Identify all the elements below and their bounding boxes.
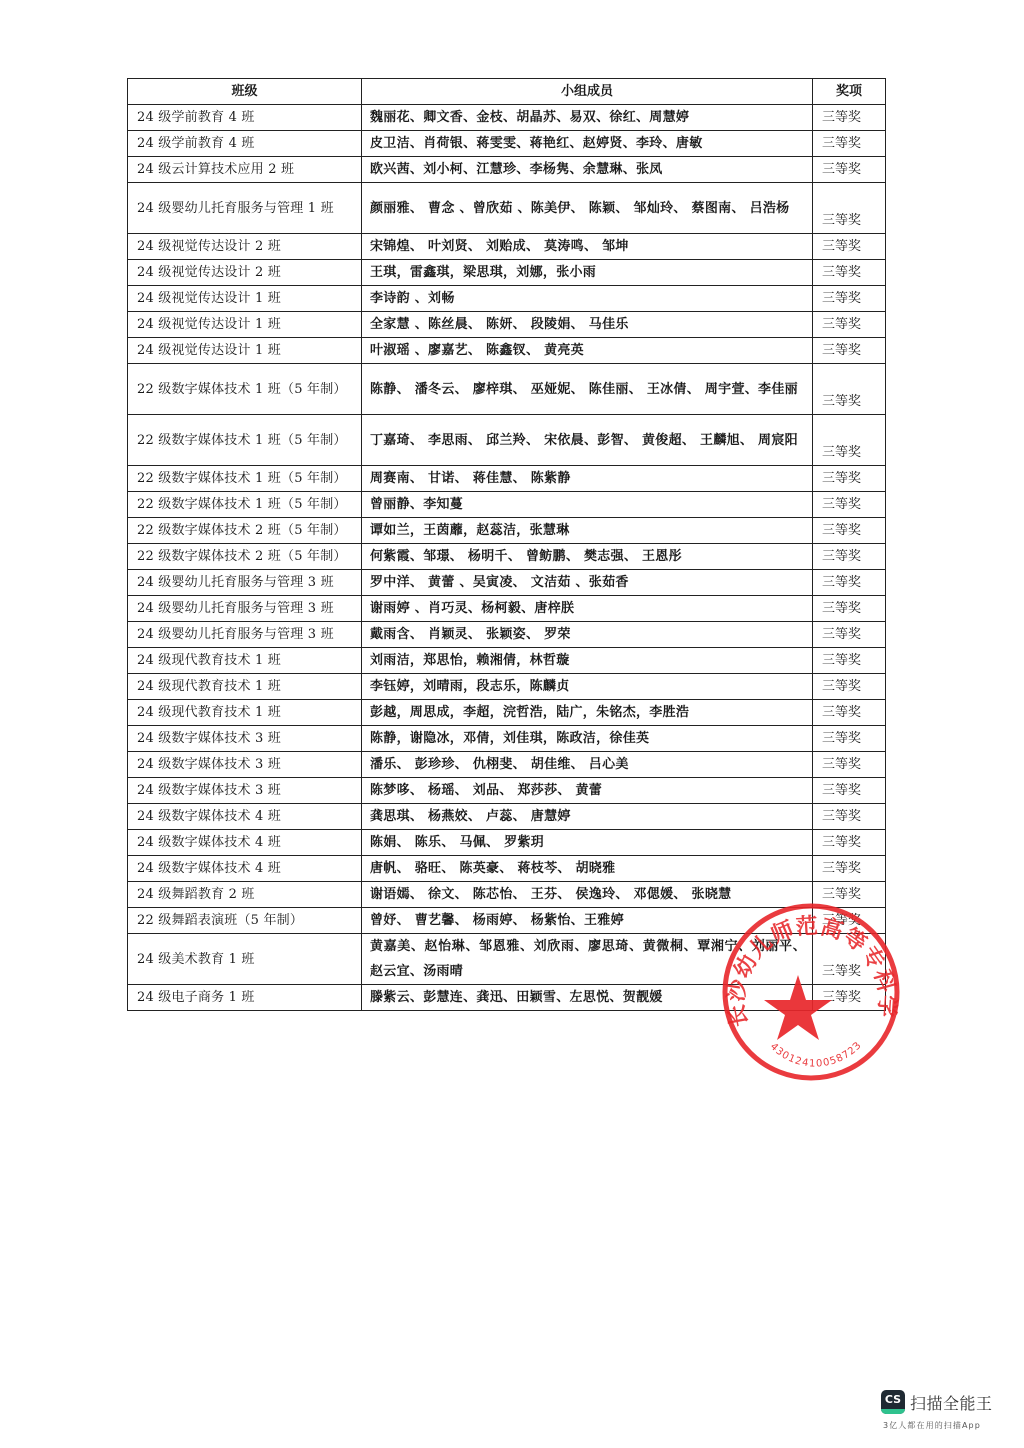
table-row: 22 级数字媒体技术 1 班（5 年制）曾丽静、李知蔓三等奖 xyxy=(128,492,886,518)
table-row: 24 级学前教育 4 班皮卫洁、肖荷银、蒋雯雯、蒋艳红、赵婷贤、李玲、唐敏三等奖 xyxy=(128,131,886,157)
class-cell: 24 级学前教育 4 班 xyxy=(128,131,362,157)
award-cell: 三等奖 xyxy=(813,338,886,364)
members-cell: 刘雨洁，郑思怡，赖湘倩，林哲璇 xyxy=(362,648,813,674)
table-row: 24 级婴幼儿托育服务与管理 1 班颜丽雅、 曹念 、曾欣茹 、陈美伊、 陈颖、… xyxy=(128,183,886,234)
members-cell: 罗中洋、 黄蕾 、吴寅凌、 文洁茹 、张茹香 xyxy=(362,570,813,596)
seal-code: 4301241005872З xyxy=(768,1040,864,1070)
award-cell: 三等奖 xyxy=(813,260,886,286)
award-cell: 三等奖 xyxy=(813,985,886,1011)
class-cell: 24 级视觉传达设计 2 班 xyxy=(128,260,362,286)
members-cell: 王琪，雷鑫琪，梁思琪，刘娜，张小雨 xyxy=(362,260,813,286)
table-row: 24 级视觉传达设计 1 班李诗韵 、刘畅三等奖 xyxy=(128,286,886,312)
members-cell: 黄嘉美、赵怡琳、邹恩雅、刘欣雨、廖思琦、黄微桐、覃湘宁、刘丽平、赵云宜、汤雨晴 xyxy=(362,934,813,985)
members-cell: 周赛南、 甘诺、 蒋佳慧、 陈紫静 xyxy=(362,466,813,492)
table-row: 22 级数字媒体技术 1 班（5 年制）周赛南、 甘诺、 蒋佳慧、 陈紫静三等奖 xyxy=(128,466,886,492)
award-cell: 三等奖 xyxy=(813,570,886,596)
award-cell: 三等奖 xyxy=(813,726,886,752)
award-cell: 三等奖 xyxy=(813,131,886,157)
table-row: 24 级电子商务 1 班滕紫云、彭慧连、龚迅、田颖雪、左思悦、贺靓媛三等奖 xyxy=(128,985,886,1011)
award-cell: 三等奖 xyxy=(813,856,886,882)
members-cell: 宋锦煌、 叶刘贤、 刘贻成、 莫涛鸣、 邹坤 xyxy=(362,234,813,260)
cs-logo-icon: CS xyxy=(881,1390,905,1414)
table-row: 24 级学前教育 4 班魏丽花、卿文香、金枝、胡晶苏、易双、徐红、周慧婷三等奖 xyxy=(128,105,886,131)
watermark-app-name: 扫描全能王 xyxy=(910,1391,993,1414)
class-cell: 24 级视觉传达设计 1 班 xyxy=(128,312,362,338)
award-cell: 三等奖 xyxy=(813,700,886,726)
table-row: 24 级婴幼儿托育服务与管理 3 班谢雨婷 、肖巧灵、杨柯毅、唐梓朕三等奖 xyxy=(128,596,886,622)
class-cell: 24 级视觉传达设计 2 班 xyxy=(128,234,362,260)
class-cell: 24 级学前教育 4 班 xyxy=(128,105,362,131)
class-cell: 22 级数字媒体技术 1 班（5 年制） xyxy=(128,466,362,492)
table-row: 24 级视觉传达设计 1 班全家慧 、陈丝晨、 陈妍、 段陵娟、 马佳乐三等奖 xyxy=(128,312,886,338)
award-cell: 三等奖 xyxy=(813,312,886,338)
class-cell: 24 级婴幼儿托育服务与管理 3 班 xyxy=(128,570,362,596)
members-cell: 颜丽雅、 曹念 、曾欣茹 、陈美伊、 陈颖、 邹灿玲、 蔡图南、 吕浩杨 xyxy=(362,183,813,234)
table-row: 24 级云计算技术应用 2 班欧兴茜、刘小柯、江慧珍、李杨隽、余慧琳、张凤三等奖 xyxy=(128,157,886,183)
award-table: 班级 小组成员 奖项 24 级学前教育 4 班魏丽花、卿文香、金枝、胡晶苏、易双… xyxy=(127,78,886,1011)
class-cell: 22 级数字媒体技术 2 班（5 年制） xyxy=(128,544,362,570)
table-row: 24 级数字媒体技术 3 班陈梦哆、 杨瑶、 刘品、 郑莎莎、 黄蕾三等奖 xyxy=(128,778,886,804)
award-cell: 三等奖 xyxy=(813,908,886,934)
members-cell: 曾妤、 曹艺馨、 杨雨婷、 杨紫怡、王雅婷 xyxy=(362,908,813,934)
award-cell: 三等奖 xyxy=(813,466,886,492)
table-row: 24 级现代教育技术 1 班刘雨洁，郑思怡，赖湘倩，林哲璇三等奖 xyxy=(128,648,886,674)
members-cell: 曾丽静、李知蔓 xyxy=(362,492,813,518)
members-cell: 戴雨含、 肖颖灵、 张颖姿、 罗荣 xyxy=(362,622,813,648)
members-cell: 皮卫洁、肖荷银、蒋雯雯、蒋艳红、赵婷贤、李玲、唐敏 xyxy=(362,131,813,157)
class-cell: 22 级数字媒体技术 1 班（5 年制） xyxy=(128,415,362,466)
award-cell: 三等奖 xyxy=(813,648,886,674)
class-cell: 24 级数字媒体技术 3 班 xyxy=(128,752,362,778)
class-cell: 24 级美术教育 1 班 xyxy=(128,934,362,985)
award-cell: 三等奖 xyxy=(813,674,886,700)
award-cell: 三等奖 xyxy=(813,415,886,466)
class-cell: 24 级婴幼儿托育服务与管理 3 班 xyxy=(128,596,362,622)
members-cell: 魏丽花、卿文香、金枝、胡晶苏、易双、徐红、周慧婷 xyxy=(362,105,813,131)
award-cell: 三等奖 xyxy=(813,804,886,830)
members-cell: 谢雨婷 、肖巧灵、杨柯毅、唐梓朕 xyxy=(362,596,813,622)
award-cell: 三等奖 xyxy=(813,234,886,260)
class-cell: 24 级数字媒体技术 4 班 xyxy=(128,804,362,830)
award-cell: 三等奖 xyxy=(813,596,886,622)
table-row: 24 级美术教育 1 班黄嘉美、赵怡琳、邹恩雅、刘欣雨、廖思琦、黄微桐、覃湘宁、… xyxy=(128,934,886,985)
scanner-watermark: CS 扫描全能王 3亿人都在用的扫描App xyxy=(881,1390,1011,1436)
table-row: 22 级数字媒体技术 1 班（5 年制）丁嘉琦、 李思雨、 邱兰羚、 宋依晨、彭… xyxy=(128,415,886,466)
table-row: 24 级现代教育技术 1 班李钰婷，刘晴雨，段志乐，陈麟贞三等奖 xyxy=(128,674,886,700)
class-cell: 22 级数字媒体技术 2 班（5 年制） xyxy=(128,518,362,544)
members-cell: 彭越，周思成，李超，浣哲浩，陆广，朱铭杰，李胜浩 xyxy=(362,700,813,726)
members-cell: 潘乐、 彭珍珍、 仇栩斐、 胡佳维、 吕心美 xyxy=(362,752,813,778)
members-cell: 陈静，谢隐冰，邓倩，刘佳琪，陈政洁，徐佳英 xyxy=(362,726,813,752)
award-cell: 三等奖 xyxy=(813,157,886,183)
table-row: 22 级数字媒体技术 1 班（5 年制）陈静、 潘冬云、 廖梓琪、 巫娅妮、 陈… xyxy=(128,364,886,415)
header-award: 奖项 xyxy=(813,79,886,105)
award-cell: 三等奖 xyxy=(813,364,886,415)
table-row: 24 级数字媒体技术 4 班陈娟、 陈乐、 马佩、 罗紫玥三等奖 xyxy=(128,830,886,856)
table-row: 24 级视觉传达设计 1 班叶淑瑶 、廖嘉艺、 陈鑫钗、 黄亮英三等奖 xyxy=(128,338,886,364)
table-row: 24 级数字媒体技术 3 班陈静，谢隐冰，邓倩，刘佳琪，陈政洁，徐佳英三等奖 xyxy=(128,726,886,752)
members-cell: 唐帆、 骆旺、 陈英豪、 蒋枝芩、 胡晓雅 xyxy=(362,856,813,882)
table-row: 22 级数字媒体技术 2 班（5 年制）何紫霞、邹璟、 杨明千、 曾鲂鹏、 樊志… xyxy=(128,544,886,570)
table-row: 22 级舞蹈表演班（5 年制）曾妤、 曹艺馨、 杨雨婷、 杨紫怡、王雅婷三等奖 xyxy=(128,908,886,934)
table-row: 24 级婴幼儿托育服务与管理 3 班戴雨含、 肖颖灵、 张颖姿、 罗荣三等奖 xyxy=(128,622,886,648)
class-cell: 24 级婴幼儿托育服务与管理 3 班 xyxy=(128,622,362,648)
award-cell: 三等奖 xyxy=(813,183,886,234)
award-cell: 三等奖 xyxy=(813,622,886,648)
class-cell: 22 级舞蹈表演班（5 年制） xyxy=(128,908,362,934)
table-row: 24 级现代教育技术 1 班彭越，周思成，李超，浣哲浩，陆广，朱铭杰，李胜浩三等… xyxy=(128,700,886,726)
award-cell: 三等奖 xyxy=(813,778,886,804)
members-cell: 陈静、 潘冬云、 廖梓琪、 巫娅妮、 陈佳丽、 王冰倩、 周宇萱、李佳丽 xyxy=(362,364,813,415)
class-cell: 22 级数字媒体技术 1 班（5 年制） xyxy=(128,364,362,415)
class-cell: 24 级婴幼儿托育服务与管理 1 班 xyxy=(128,183,362,234)
svg-text:4301241005872З: 4301241005872З xyxy=(768,1040,864,1070)
award-cell: 三等奖 xyxy=(813,105,886,131)
class-cell: 22 级数字媒体技术 1 班（5 年制） xyxy=(128,492,362,518)
class-cell: 24 级数字媒体技术 4 班 xyxy=(128,856,362,882)
header-members: 小组成员 xyxy=(362,79,813,105)
table-row: 24 级数字媒体技术 4 班龚思琪、 杨燕姣、 卢蕊、 唐慧婷三等奖 xyxy=(128,804,886,830)
award-cell: 三等奖 xyxy=(813,518,886,544)
class-cell: 24 级视觉传达设计 1 班 xyxy=(128,338,362,364)
class-cell: 24 级电子商务 1 班 xyxy=(128,985,362,1011)
award-cell: 三等奖 xyxy=(813,752,886,778)
award-cell: 三等奖 xyxy=(813,492,886,518)
members-cell: 欧兴茜、刘小柯、江慧珍、李杨隽、余慧琳、张凤 xyxy=(362,157,813,183)
members-cell: 李钰婷，刘晴雨，段志乐，陈麟贞 xyxy=(362,674,813,700)
award-cell: 三等奖 xyxy=(813,934,886,985)
class-cell: 24 级数字媒体技术 3 班 xyxy=(128,726,362,752)
table-row: 24 级舞蹈教育 2 班谢语嫣、 徐文、 陈芯怡、 王芬、 侯逸玲、 邓偲媛、 … xyxy=(128,882,886,908)
members-cell: 谭如兰，王茵蘼，赵蕊洁，张慧琳 xyxy=(362,518,813,544)
table-row: 24 级数字媒体技术 3 班潘乐、 彭珍珍、 仇栩斐、 胡佳维、 吕心美三等奖 xyxy=(128,752,886,778)
members-cell: 陈梦哆、 杨瑶、 刘品、 郑莎莎、 黄蕾 xyxy=(362,778,813,804)
table-row: 24 级婴幼儿托育服务与管理 3 班罗中洋、 黄蕾 、吴寅凌、 文洁茹 、张茹香… xyxy=(128,570,886,596)
class-cell: 24 级视觉传达设计 1 班 xyxy=(128,286,362,312)
members-cell: 陈娟、 陈乐、 马佩、 罗紫玥 xyxy=(362,830,813,856)
table-row: 24 级视觉传达设计 2 班王琪，雷鑫琪，梁思琪，刘娜，张小雨三等奖 xyxy=(128,260,886,286)
members-cell: 叶淑瑶 、廖嘉艺、 陈鑫钗、 黄亮英 xyxy=(362,338,813,364)
award-cell: 三等奖 xyxy=(813,882,886,908)
table-row: 24 级视觉传达设计 2 班宋锦煌、 叶刘贤、 刘贻成、 莫涛鸣、 邹坤三等奖 xyxy=(128,234,886,260)
class-cell: 24 级舞蹈教育 2 班 xyxy=(128,882,362,908)
class-cell: 24 级现代教育技术 1 班 xyxy=(128,648,362,674)
class-cell: 24 级现代教育技术 1 班 xyxy=(128,674,362,700)
class-cell: 24 级数字媒体技术 4 班 xyxy=(128,830,362,856)
table-row: 22 级数字媒体技术 2 班（5 年制）谭如兰，王茵蘼，赵蕊洁，张慧琳三等奖 xyxy=(128,518,886,544)
table-header-row: 班级 小组成员 奖项 xyxy=(128,79,886,105)
members-cell: 李诗韵 、刘畅 xyxy=(362,286,813,312)
members-cell: 全家慧 、陈丝晨、 陈妍、 段陵娟、 马佳乐 xyxy=(362,312,813,338)
watermark-tagline: 3亿人都在用的扫描App xyxy=(883,1420,981,1431)
members-cell: 谢语嫣、 徐文、 陈芯怡、 王芬、 侯逸玲、 邓偲媛、 张晓慧 xyxy=(362,882,813,908)
header-class: 班级 xyxy=(128,79,362,105)
members-cell: 龚思琪、 杨燕姣、 卢蕊、 唐慧婷 xyxy=(362,804,813,830)
class-cell: 24 级现代教育技术 1 班 xyxy=(128,700,362,726)
members-cell: 滕紫云、彭慧连、龚迅、田颖雪、左思悦、贺靓媛 xyxy=(362,985,813,1011)
members-cell: 丁嘉琦、 李思雨、 邱兰羚、 宋依晨、彭智、 黄俊超、 王麟旭、 周宸阳 xyxy=(362,415,813,466)
members-cell: 何紫霞、邹璟、 杨明千、 曾鲂鹏、 樊志强、 王恩彤 xyxy=(362,544,813,570)
class-cell: 24 级云计算技术应用 2 班 xyxy=(128,157,362,183)
award-cell: 三等奖 xyxy=(813,286,886,312)
award-cell: 三等奖 xyxy=(813,544,886,570)
class-cell: 24 级数字媒体技术 3 班 xyxy=(128,778,362,804)
table-row: 24 级数字媒体技术 4 班唐帆、 骆旺、 陈英豪、 蒋枝芩、 胡晓雅三等奖 xyxy=(128,856,886,882)
award-cell: 三等奖 xyxy=(813,830,886,856)
